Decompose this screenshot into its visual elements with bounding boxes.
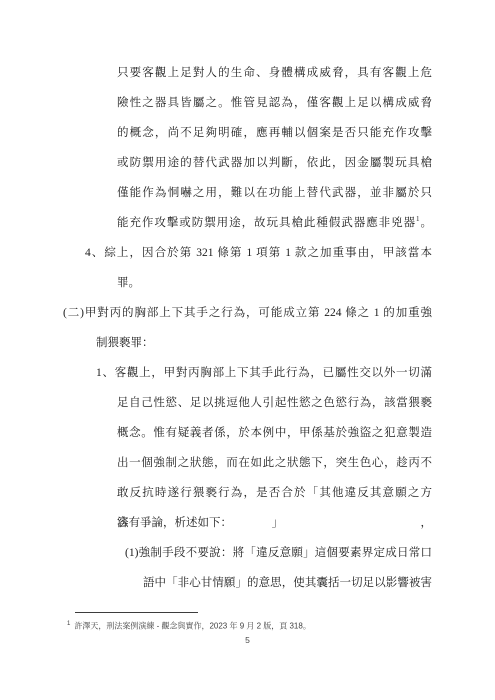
text-line: 敢反抗時遂行猥褻行為，是否合於「其他違反其意願之方法」， [117,478,432,508]
text-line: 4、綜上，因合於第 321 條第 1 項第 1 款之加重事由，甲該當本 [85,238,432,268]
text-line: (二)甲對丙的胸部上下其手之行為，可能成立第 224 條之 1 的加重強 [63,298,432,328]
text-line: 1、客觀上，甲對丙胸部上下其手此行為，已屬性交以外一切滿 [96,358,432,388]
footnote: 1許澤天，刑法案例演練 - 觀念與實作，2023 年 9 月 2 版，頁 318… [67,618,447,633]
text-line: 出一個強制之狀態，而在如此之狀態下，突生色心，趁丙不 [117,448,432,478]
text-line: 的概念，尚不足夠明確，應再輔以個案是否只能充作攻擊 [117,118,432,148]
text-line: 能充作攻擊或防禦用途，故玩具槍此種假武器應非兇器1。 [117,208,432,238]
footnote-separator [75,612,198,613]
text-line: 罪。 [117,268,495,298]
footnote-marker: 1 [67,621,70,627]
text-line: 僅能作為恫嚇之用，難以在功能上替代武器，並非屬於只 [117,178,432,208]
footnote-text: 許澤天，刑法案例演練 - 觀念與實作，2023 年 9 月 2 版，頁 318。 [74,622,311,631]
body-text: 只要客觀上足對人的生命、身體構成威脅，具有客觀上危 險性之器具皆屬之。惟管見認為… [0,58,495,598]
page-number: 5 [0,635,495,645]
document-page: 只要客觀上足對人的生命、身體構成威脅，具有客觀上危 險性之器具皆屬之。惟管見認為… [0,0,495,700]
text-line: 或防禦用途的替代武器加以判斷，依此，因金屬製玩具槍 [117,148,432,178]
line-text: 能充作攻擊或防禦用途，故玩具槍此種假武器應非兇器 [117,217,416,229]
text-line: 概念。惟有疑義者係，於本例中，甲係基於強盜之犯意製造 [117,418,432,448]
text-line: 足自己性慾、足以挑逗他人引起性慾之色慾行為，該當猥褻 [117,388,432,418]
text-line: 語中「非心甘情願」的意思，使其囊括一切足以影響被害 [143,568,432,598]
text-line: 只要客觀上足對人的生命、身體構成威脅，具有客觀上危 [117,58,432,88]
text-line: 險性之器具皆屬之。惟管見認為，僅客觀上足以構成威脅 [117,88,432,118]
line-text-tail: 。 [420,217,432,229]
text-line: (1)強制手段不要說：將「違反意願」這個要素界定成日常口 [125,538,432,568]
text-line: 制猥褻罪： [96,328,495,358]
